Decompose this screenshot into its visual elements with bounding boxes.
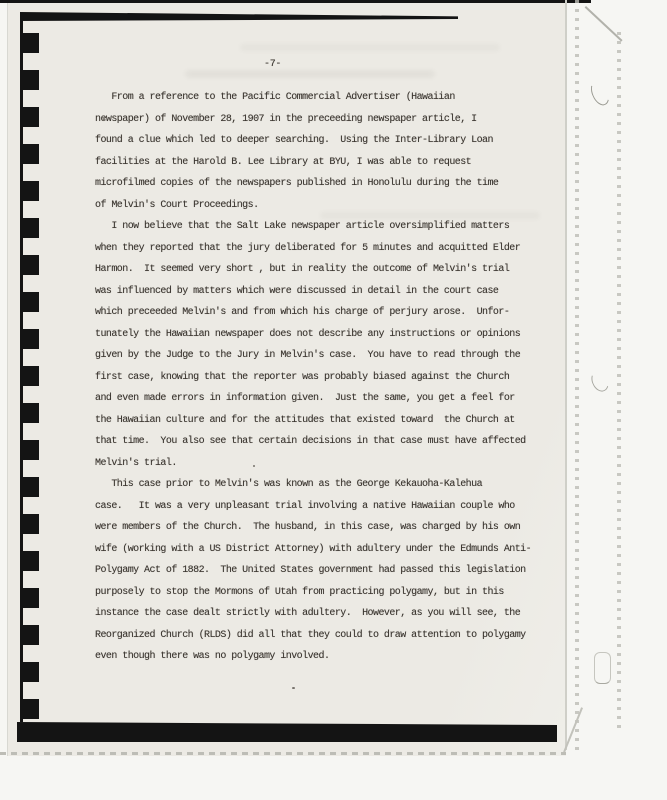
ink-bar-bottom xyxy=(17,722,557,742)
hole-punch-mark xyxy=(588,368,612,395)
ink-speck xyxy=(103,118,105,121)
hole-punch-mark xyxy=(594,652,611,684)
protector-perforation-left xyxy=(575,0,579,753)
paragraph-1: From a reference to the Pacific Commerci… xyxy=(95,87,557,216)
ink-speck xyxy=(292,687,295,689)
page-number: -7- xyxy=(264,59,281,70)
sheet-protector-seam xyxy=(0,752,566,755)
comb-binding-holes xyxy=(23,33,39,719)
paragraph-3: This case prior to Melvin's was known as… xyxy=(95,474,557,668)
page-left-edge xyxy=(7,0,8,756)
protector-perforation-right xyxy=(617,32,621,734)
hole-punch-mark xyxy=(587,78,612,108)
page-right-edge xyxy=(565,0,567,750)
scan-edge-line-top xyxy=(0,0,591,3)
document-body: From a reference to the Pacific Commerci… xyxy=(95,87,557,668)
ink-speck xyxy=(253,465,255,467)
protector-corner-bottom-right xyxy=(564,707,583,752)
protector-corner-top-right xyxy=(585,6,623,41)
paragraph-2: I now believe that the Salt Lake newspap… xyxy=(95,216,557,474)
scanned-document-view: -7- From a reference to the Pacific Comm… xyxy=(0,0,667,800)
